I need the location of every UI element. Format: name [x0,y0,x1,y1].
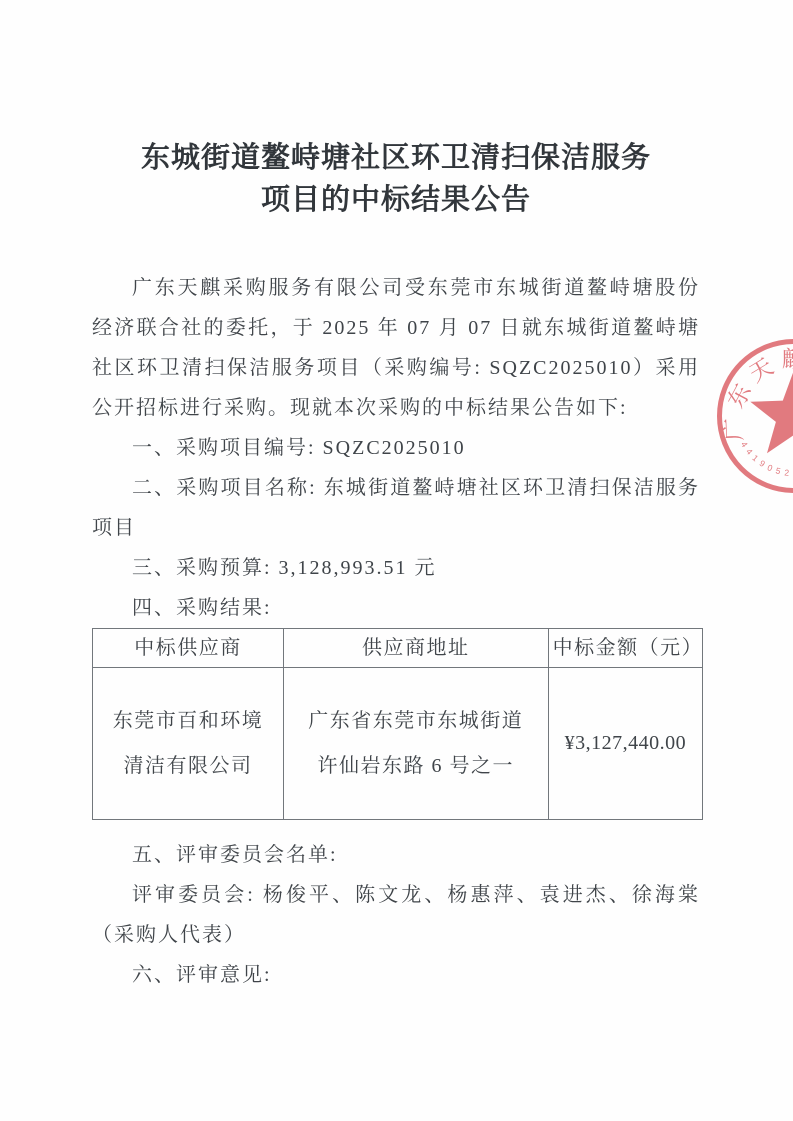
cell-supplier: 东莞市百和环境清洁有限公司 [93,668,284,820]
seal-arc-text: 广东天麒采 [721,347,793,442]
seal-stamp: 广东天麒采 441905200790 [694,316,793,516]
table-row: 东莞市百和环境清洁有限公司 广东省东莞市东城街道许仙岩东路 6 号之一 ¥3,1… [93,668,703,820]
document-page: 广东天麒采 441905200790 东城街道鳌峙塘社区环卫清扫保洁服务 项目的… [0,0,793,1121]
item-result-heading: 四、采购结果: [92,588,700,628]
item-committee-heading: 五、评审委员会名单: [92,835,700,875]
header-address: 供应商地址 [283,629,548,668]
item-review-opinion-heading: 六、评审意见: [92,955,700,995]
intro-paragraph: 广东天麒采购服务有限公司受东莞市东城街道鳌峙塘股份经济联合社的委托，于 2025… [92,268,700,428]
svg-text:441905200790: 441905200790 [739,440,793,479]
committee-names: 评审委员会: 杨俊平、陈文龙、杨惠萍、袁进杰、徐海棠（采购人代表） [92,875,700,955]
svg-text:广东天麒采: 广东天麒采 [721,347,793,442]
cell-amount: ¥3,127,440.00 [548,668,702,820]
cell-address: 广东省东莞市东城街道许仙岩东路 6 号之一 [283,668,548,820]
result-table: 中标供应商 供应商地址 中标金额（元） 东莞市百和环境清洁有限公司 广东省东莞市… [92,628,703,820]
seal-ring-icon [720,342,793,491]
item-project-number: 一、采购项目编号: SQZC2025010 [92,428,700,468]
item-budget: 三、采购预算: 3,128,993.51 元 [92,548,700,588]
page-title-line2: 项目的中标结果公告 [92,179,700,221]
seal-star-icon [750,370,793,453]
seal-serial-number: 441905200790 [739,440,793,479]
page-title: 东城街道鳌峙塘社区环卫清扫保洁服务 项目的中标结果公告 [92,137,700,221]
page-title-line1: 东城街道鳌峙塘社区环卫清扫保洁服务 [92,137,700,179]
header-supplier: 中标供应商 [93,629,284,668]
table-header-row: 中标供应商 供应商地址 中标金额（元） [93,629,703,668]
header-amount: 中标金额（元） [548,629,702,668]
item-project-name: 二、采购项目名称: 东城街道鳌峙塘社区环卫清扫保洁服务项目 [92,468,700,548]
